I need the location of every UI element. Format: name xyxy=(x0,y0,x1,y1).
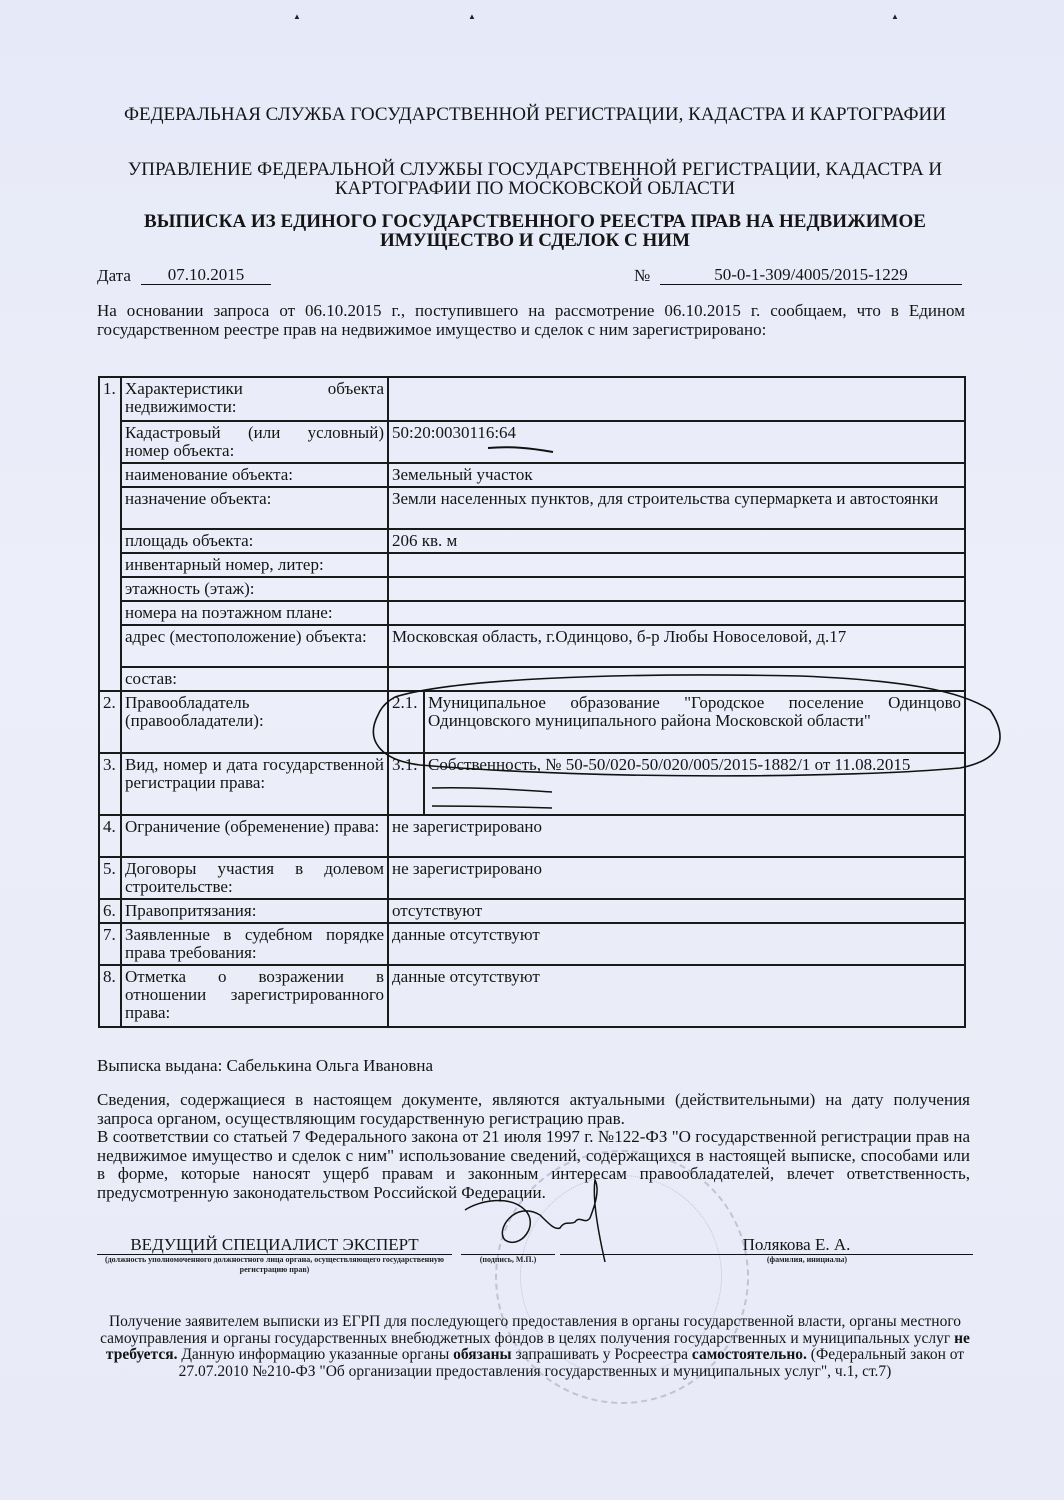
footer-bold: обязаны xyxy=(453,1346,512,1363)
footer-text: Данную информацию указанные органы xyxy=(177,1346,453,1363)
row-value xyxy=(388,377,965,421)
row-label: Правопритязания: xyxy=(121,899,388,923)
row-value xyxy=(388,577,965,601)
sub-number: 2.1. xyxy=(388,691,424,753)
section-number: 4. xyxy=(99,815,121,857)
table-row: инвентарный номер, литер: xyxy=(99,553,965,577)
row-label: инвентарный номер, литер: xyxy=(121,553,388,577)
table-row: адрес (местоположение) объекта: Московск… xyxy=(99,625,965,667)
punch-mark: ▲ xyxy=(293,12,301,21)
section-number: 6. xyxy=(99,899,121,923)
row-label: наименование объекта: xyxy=(121,463,388,487)
row-value: 206 кв. м xyxy=(388,529,965,553)
row-label: состав: xyxy=(121,667,388,691)
table-row: номера на поэтажном плане: xyxy=(99,601,965,625)
number-label: № xyxy=(634,266,650,286)
footer-notice: Получение заявителем выписки из ЕГРП для… xyxy=(92,1314,978,1380)
signature-block: ВЕДУЩИЙ СПЕЦИАЛИСТ ЭКСПЕРТ Полякова Е. А… xyxy=(97,1236,973,1286)
row-value xyxy=(388,553,965,577)
document-number: 50-0-1-309/4005/2015-1229 xyxy=(660,266,962,285)
signature-caption: (подпись, М.П.) xyxy=(461,1255,555,1265)
row-value xyxy=(388,601,965,625)
table-row: 8. Отметка о возражении в отношении заре… xyxy=(99,965,965,1027)
sub-number: 3.1. xyxy=(388,753,424,815)
registry-table: 1. Характеристики объекта недвижимости: … xyxy=(98,376,966,1028)
section-number: 5. xyxy=(99,857,121,899)
row-label: Заявленные в судебном порядке права треб… xyxy=(121,923,388,965)
section-number: 8. xyxy=(99,965,121,1027)
row-label: Договоры участия в долевом строительстве… xyxy=(121,857,388,899)
footer-text: запрашивать у Росреестра xyxy=(512,1346,692,1363)
row-label: Кадастровый (или условный) номер объекта… xyxy=(121,421,388,463)
table-row: 2. Правообладатель (правообладатели): 2.… xyxy=(99,691,965,753)
table-row: 5. Договоры участия в долевом строительс… xyxy=(99,857,965,899)
table-row: Кадастровый (или условный) номер объекта… xyxy=(99,421,965,463)
official-position: ВЕДУЩИЙ СПЕЦИАЛИСТ ЭКСПЕРТ xyxy=(97,1236,452,1255)
row-value: не зарегистрировано xyxy=(388,815,965,857)
position-caption: (должность уполномоченного должностного … xyxy=(97,1255,452,1275)
right-type-value: Собственность, № 50-50/020-50/020/005/20… xyxy=(424,753,965,815)
footer-text: Получение заявителем выписки из ЕГРП для… xyxy=(100,1313,961,1347)
row-label: Ограничение (обременение) права: xyxy=(121,815,388,857)
section-number: 7. xyxy=(99,923,121,965)
row-label: Отметка о возражении в отношении зарегис… xyxy=(121,965,388,1027)
section-number: 3. xyxy=(99,753,121,815)
row-value: Земли населенных пунктов, для строительс… xyxy=(388,487,965,529)
issued-to: Выписка выдана: Сабелькина Ольга Ивановн… xyxy=(97,1056,433,1076)
row-label: площадь объекта: xyxy=(121,529,388,553)
punch-mark: ▲ xyxy=(891,12,899,21)
cadastral-number: 50:20:0030116:64 xyxy=(388,421,965,463)
row-value: не зарегистрировано xyxy=(388,857,965,899)
row-value xyxy=(388,667,965,691)
department-name: УПРАВЛЕНИЕ ФЕДЕРАЛЬНОЙ СЛУЖБЫ ГОСУДАРСТВ… xyxy=(90,160,980,198)
notice-paragraph-1: Сведения, содержащиеся в настоящем докум… xyxy=(97,1091,970,1128)
name-caption: (фамилия, инициалы) xyxy=(657,1255,957,1265)
table-row: 7. Заявленные в судебном порядке права т… xyxy=(99,923,965,965)
document-title: ВЫПИСКА ИЗ ЕДИНОГО ГОСУДАРСТВЕННОГО РЕЕС… xyxy=(90,212,980,250)
section-number: 2. xyxy=(99,691,121,753)
row-value: Земельный участок xyxy=(388,463,965,487)
intro-paragraph: На основании запроса от 06.10.2015 г., п… xyxy=(97,301,965,339)
section-number: 1. xyxy=(99,377,121,691)
table-row: состав: xyxy=(99,667,965,691)
table-row: площадь объекта: 206 кв. м xyxy=(99,529,965,553)
row-label: Правообладатель (правообладатели): xyxy=(121,691,388,753)
table-row: этажность (этаж): xyxy=(99,577,965,601)
row-value: отсутствуют xyxy=(388,899,965,923)
row-label: Характеристики объекта недвижимости: xyxy=(121,377,388,421)
table-row: наименование объекта: Земельный участок xyxy=(99,463,965,487)
table-row: назначение объекта: Земли населенных пун… xyxy=(99,487,965,529)
table-row: 1. Характеристики объекта недвижимости: xyxy=(99,377,965,421)
document-page: ▲ ▲ ▲ ФЕДЕРАЛЬНАЯ СЛУЖБА ГОСУДАРСТВЕННОЙ… xyxy=(0,0,1064,1500)
footer-bold: самостоятельно. xyxy=(692,1346,807,1363)
right-holder-value: Муниципальное образование "Городское пос… xyxy=(424,691,965,753)
table-row: 6. Правопритязания: отсутствуют xyxy=(99,899,965,923)
row-value: данные отсутствуют xyxy=(388,923,965,965)
row-label: этажность (этаж): xyxy=(121,577,388,601)
date-label: Дата xyxy=(97,266,131,286)
official-name: Полякова Е. А. xyxy=(560,1236,973,1255)
row-label: адрес (местоположение) объекта: xyxy=(121,625,388,667)
table-row: 3. Вид, номер и дата государственной рег… xyxy=(99,753,965,815)
document-date: 07.10.2015 xyxy=(141,266,271,285)
row-label: номера на поэтажном плане: xyxy=(121,601,388,625)
row-label: Вид, номер и дата государственной регист… xyxy=(121,753,388,815)
signature-line xyxy=(461,1236,555,1255)
address-value: Московская область, г.Одинцово, б-р Любы… xyxy=(388,625,965,667)
table-row: 4. Ограничение (обременение) права: не з… xyxy=(99,815,965,857)
row-label: назначение объекта: xyxy=(121,487,388,529)
row-value: данные отсутствуют xyxy=(388,965,965,1027)
agency-name: ФЕДЕРАЛЬНАЯ СЛУЖБА ГОСУДАРСТВЕННОЙ РЕГИС… xyxy=(90,105,980,124)
punch-mark: ▲ xyxy=(468,12,476,21)
